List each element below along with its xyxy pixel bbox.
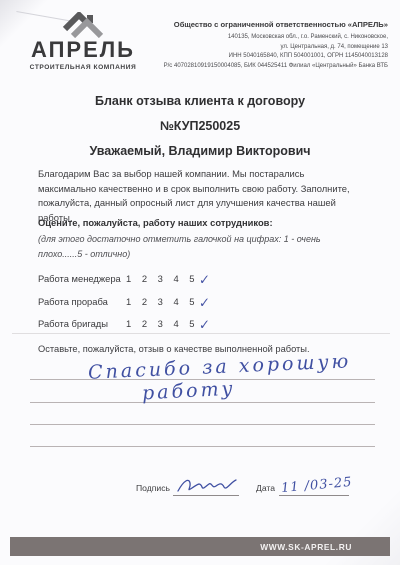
signature-label: Подпись — [136, 483, 170, 493]
contract-number: №КУП250025 — [0, 119, 400, 133]
company-legal-name: Общество с ограниченной ответственностью… — [138, 20, 388, 29]
section-divider-line — [12, 333, 390, 334]
rate-section-heading: Оцените, пожалуйста, работу наших сотруд… — [38, 217, 273, 228]
rating-scale-numbers: 1 2 3 4 5 — [126, 318, 195, 329]
roof-logo-icon — [60, 12, 106, 38]
form-title-block: Бланк отзыва клиента к договору №КУП2500… — [0, 94, 400, 158]
writing-line-3 — [30, 424, 375, 425]
scanned-feedback-form: АПРЕЛЬ СТРОИТЕЛЬНАЯ КОМПАНИЯ Общество с … — [0, 0, 400, 565]
company-address-line2: ул. Центральная, д. 74, помещение 13 — [138, 43, 388, 53]
rating-row-foreman: Работа прораба 1 2 3 4 5 ✓ — [38, 294, 210, 317]
client-name: Уважаемый, Владимир Викторович — [0, 144, 400, 158]
rating-row-manager: Работа менеджера 1 2 3 4 5 ✓ — [38, 271, 210, 294]
checkmark-handwritten: ✓ — [199, 272, 210, 288]
writing-line-2 — [30, 402, 375, 403]
checkmark-handwritten: ✓ — [199, 295, 210, 311]
rating-label: Работа прораба — [38, 296, 126, 307]
review-section-heading: Оставьте, пожалуйста, отзыв о качестве в… — [38, 344, 310, 354]
company-details: Общество с ограниченной ответственностью… — [138, 20, 388, 71]
signature-handwriting — [176, 474, 238, 496]
rating-label: Работа бригады — [38, 318, 126, 329]
company-logo: АПРЕЛЬ СТРОИТЕЛЬНАЯ КОМПАНИЯ — [28, 12, 138, 71]
ratings-list: Работа менеджера 1 2 3 4 5 ✓ Работа прор… — [38, 271, 210, 339]
form-title: Бланк отзыва клиента к договору — [0, 94, 400, 108]
handwritten-date: 11 /03-25 — [280, 475, 353, 496]
company-registration-line: ИНН 5040165840, КПП 504001001, ОГРН 1145… — [138, 52, 388, 62]
footer-bar: WWW.SK-APREL.RU — [10, 537, 390, 556]
rating-label: Работа менеджера — [38, 273, 126, 284]
rating-scale-numbers: 1 2 3 4 5 — [126, 296, 195, 307]
logo-company-name: АПРЕЛЬ — [28, 39, 138, 61]
checkmark-handwritten: ✓ — [199, 317, 210, 333]
company-bank-line: Р/с 40702810919150004085, БИК 044525411 … — [138, 62, 388, 72]
rate-instructions-note: (для этого достаточно отметить галочкой … — [38, 232, 348, 263]
website-url: WWW.SK-APREL.RU — [260, 542, 352, 552]
date-label: Дата — [256, 483, 275, 493]
logo-subtitle: СТРОИТЕЛЬНАЯ КОМПАНИЯ — [28, 64, 138, 71]
rating-row-crew: Работа бригады 1 2 3 4 5 ✓ — [38, 316, 210, 339]
handwritten-review-line2: работу — [141, 378, 236, 405]
writing-line-4 — [30, 446, 375, 447]
rating-scale-numbers: 1 2 3 4 5 — [126, 273, 195, 284]
company-address-line1: 140135, Московская обл., г.о. Раменский,… — [138, 33, 388, 43]
